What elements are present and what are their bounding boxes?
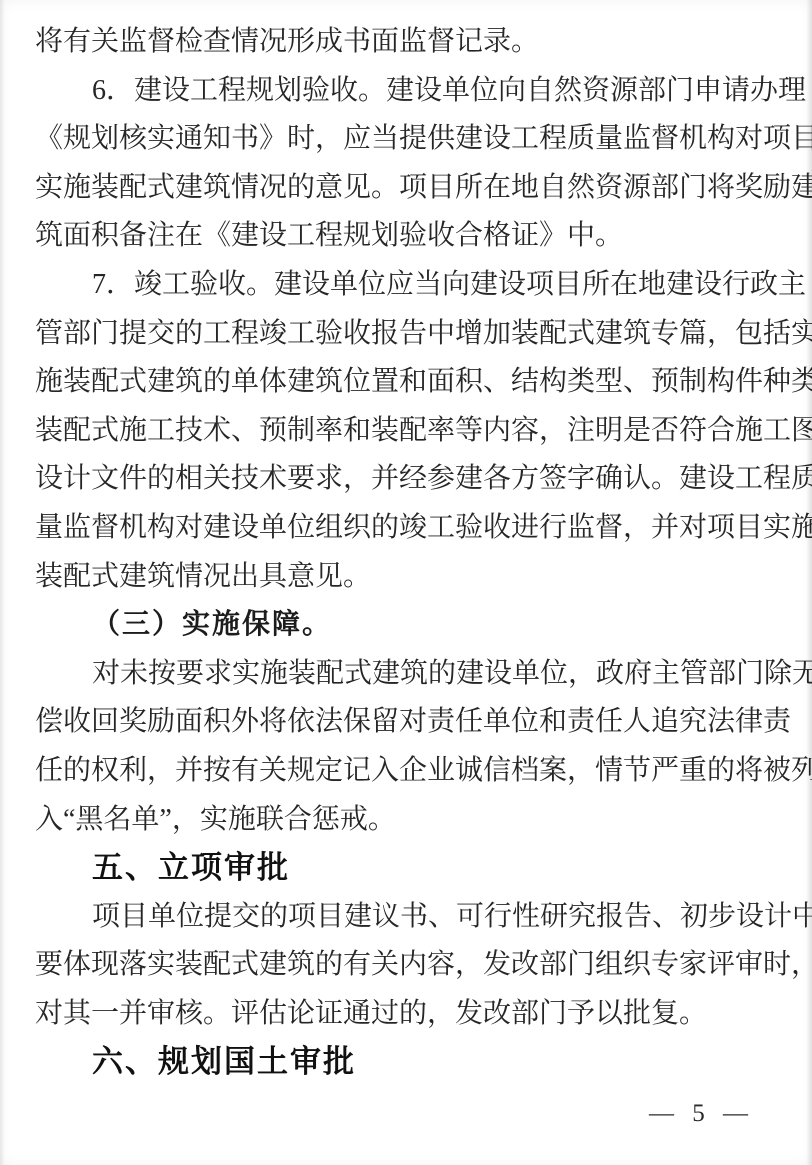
text-line: 管部门提交的工程竣工验收报告中增加装配式建筑专篇，包括实 [35,310,777,359]
text-line: 项目单位提交的项目建议书、可行性研究报告、初步设计中 [35,893,777,942]
text-line: 对其一并审核。评估论证通过的，发改部门予以批复。 [35,990,777,1039]
text-line: 实施装配式建筑情况的意见。项目所在地自然资源部门将奖励建 [35,164,777,213]
text-line: 装配式建筑情况出具意见。 [35,553,777,602]
text-line: 偿收回奖励面积外将依法保留对责任单位和责任人追究法律责 [35,698,777,747]
document-body: 将有关监督检查情况形成书面监督记录。 6．建设工程规划验收。建设单位向自然资源部… [35,18,777,1087]
text-line: 对未按要求实施装配式建筑的建设单位，政府主管部门除无 [35,650,777,699]
text-line: 任的权利，并按有关规定记入企业诚信档案，情节严重的将被列 [35,747,777,796]
text-line: 《规划核实通知书》时，应当提供建设工程质量监督机构对项目 [35,115,777,164]
text-line: 装配式施工技术、预制率和装配率等内容，注明是否符合施工图 [35,407,777,456]
text-line: 设计文件的相关技术要求，并经参建各方签字确认。建设工程质 [35,455,777,504]
text-line-item-7: 7．竣工验收。建设单位应当向建设项目所在地建设行政主 [35,261,777,310]
text-line: 量监督机构对建设单位组织的竣工验收进行监督，并对项目实施 [35,504,777,553]
text-line: 将有关监督检查情况形成书面监督记录。 [35,18,777,67]
text-line: 入“黑名单”，实施联合惩戒。 [35,796,777,845]
text-line-item-6: 6．建设工程规划验收。建设单位向自然资源部门申请办理 [35,67,777,116]
text-line: 施装配式建筑的单体建筑位置和面积、结构类型、预制构件种类、 [35,358,777,407]
document-page: 将有关监督检查情况形成书面监督记录。 6．建设工程规划验收。建设单位向自然资源部… [0,0,812,1165]
page-number: — 5 — [649,1100,754,1128]
section-heading-5: 五、立项审批 [35,844,777,893]
subsection-heading-3: （三）实施保障。 [35,601,777,650]
section-heading-6: 六、规划国土审批 [35,1038,777,1087]
text-line: 筑面积备注在《建设工程规划验收合格证》中。 [35,212,777,261]
text-line: 要体现落实装配式建筑的有关内容，发改部门组织专家评审时， [35,941,777,990]
